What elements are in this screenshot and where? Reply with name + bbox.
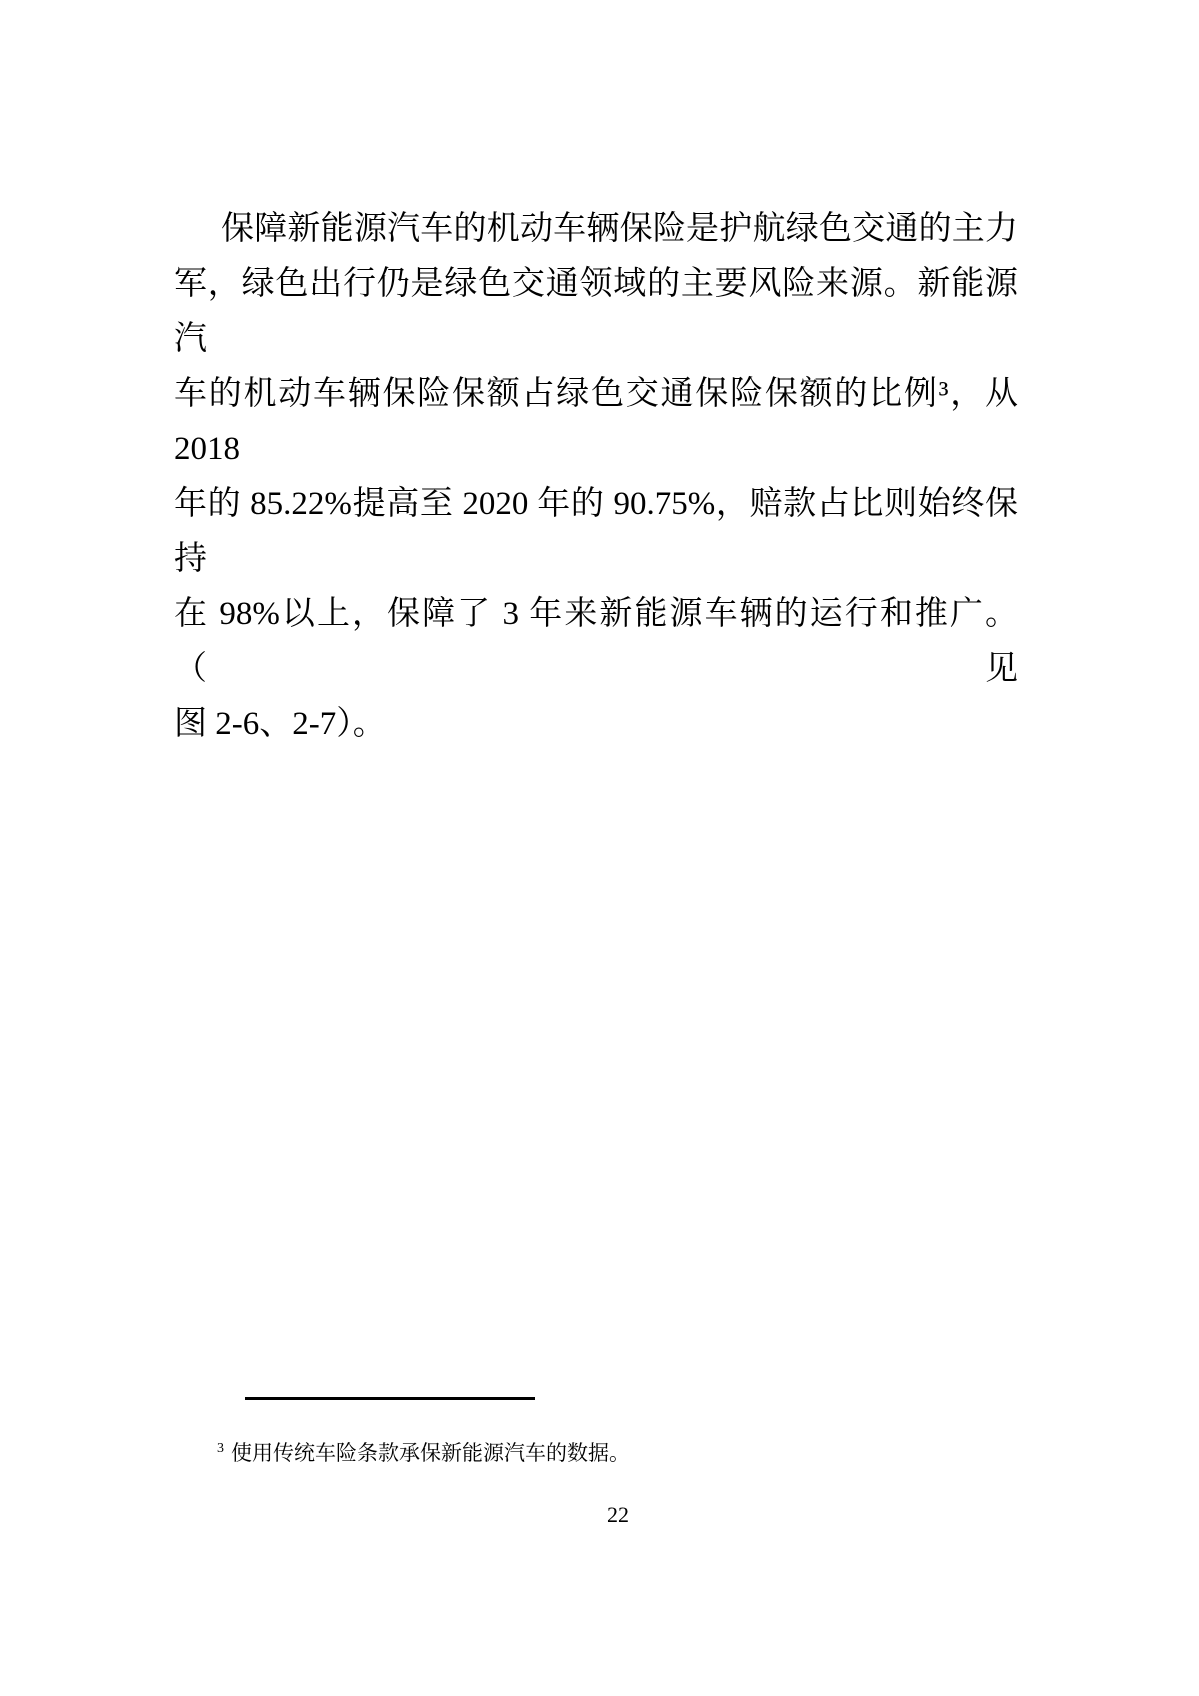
footnote-text: 使用传统车险条款承保新能源汽车的数据。 xyxy=(231,1441,630,1465)
footnote-separator-rule xyxy=(245,1397,535,1400)
body-text-line: 图 2-6、2-7）。 xyxy=(174,697,1018,752)
footnote-marker: 3 xyxy=(217,1441,224,1456)
body-text-line: 在 98%以上，保障了 3 年来新能源车辆的运行和推广。（见 xyxy=(174,587,1018,697)
page-number: 22 xyxy=(0,1501,1199,1529)
body-paragraph: 保障新能源汽车的机动车辆保险是护航绿色交通的主力 军，绿色出行仍是绿色交通领域的… xyxy=(174,202,1018,752)
body-text-line: 保障新能源汽车的机动车辆保险是护航绿色交通的主力 xyxy=(174,202,1018,257)
body-text-line: 车的机动车辆保险保额占绿色交通保险保额的比例³，从 2018 xyxy=(174,367,1018,477)
body-text-line: 年的 85.22%提高至 2020 年的 90.75%，赔款占比则始终保持 xyxy=(174,477,1018,587)
body-text-line: 军，绿色出行仍是绿色交通领域的主要风险来源。新能源汽 xyxy=(174,257,1018,367)
document-page: 保障新能源汽车的机动车辆保险是护航绿色交通的主力 军，绿色出行仍是绿色交通领域的… xyxy=(0,0,1199,1696)
footnote: 3使用传统车险条款承保新能源汽车的数据。 xyxy=(217,1438,1017,1468)
